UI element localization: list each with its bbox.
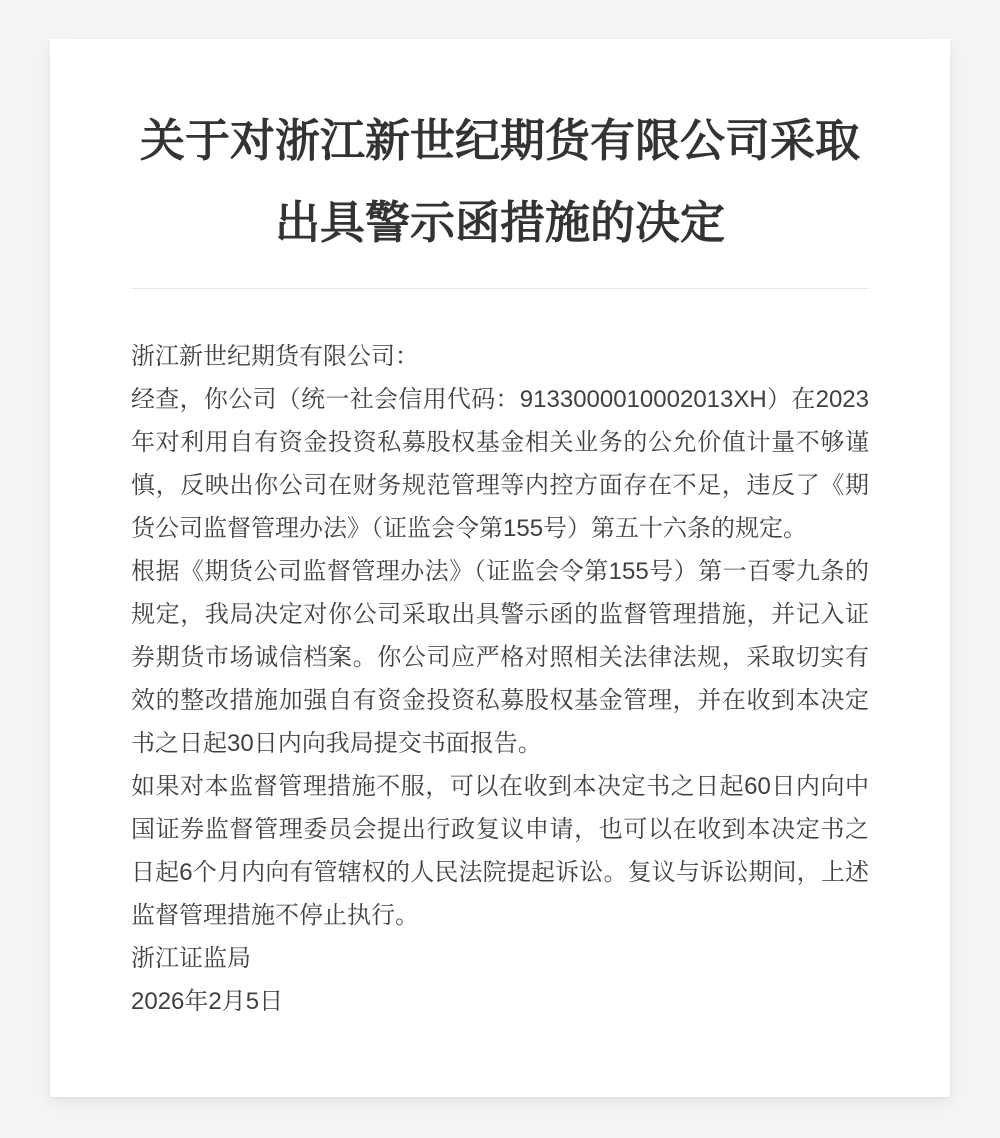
document-title: 关于对浙江新世纪期货有限公司采取出具警示函措施的决定	[131, 100, 869, 264]
document-body: 浙江新世纪期货有限公司： 经查，你公司（统一社会信用代码：91330000100…	[131, 335, 869, 1023]
title-divider	[131, 288, 869, 289]
signature-issuer: 浙江证监局	[131, 937, 869, 980]
paragraph-decision: 根据《期货公司监督管理办法》（证监会令第155号）第一百零九条的规定，我局决定对…	[131, 550, 869, 765]
signature-date: 2026年2月5日	[131, 980, 869, 1023]
salutation: 浙江新世纪期货有限公司：	[131, 335, 869, 378]
paragraph-appeal-rights: 如果对本监督管理措施不服，可以在收到本决定书之日起60日内向中国证券监督管理委员…	[131, 765, 869, 937]
document-card: 关于对浙江新世纪期货有限公司采取出具警示函措施的决定 浙江新世纪期货有限公司： …	[50, 39, 950, 1097]
page-background: 关于对浙江新世纪期货有限公司采取出具警示函措施的决定 浙江新世纪期货有限公司： …	[0, 0, 1000, 1138]
paragraph-findings: 经查，你公司（统一社会信用代码：9133000010002013XH）在2023…	[131, 378, 869, 550]
